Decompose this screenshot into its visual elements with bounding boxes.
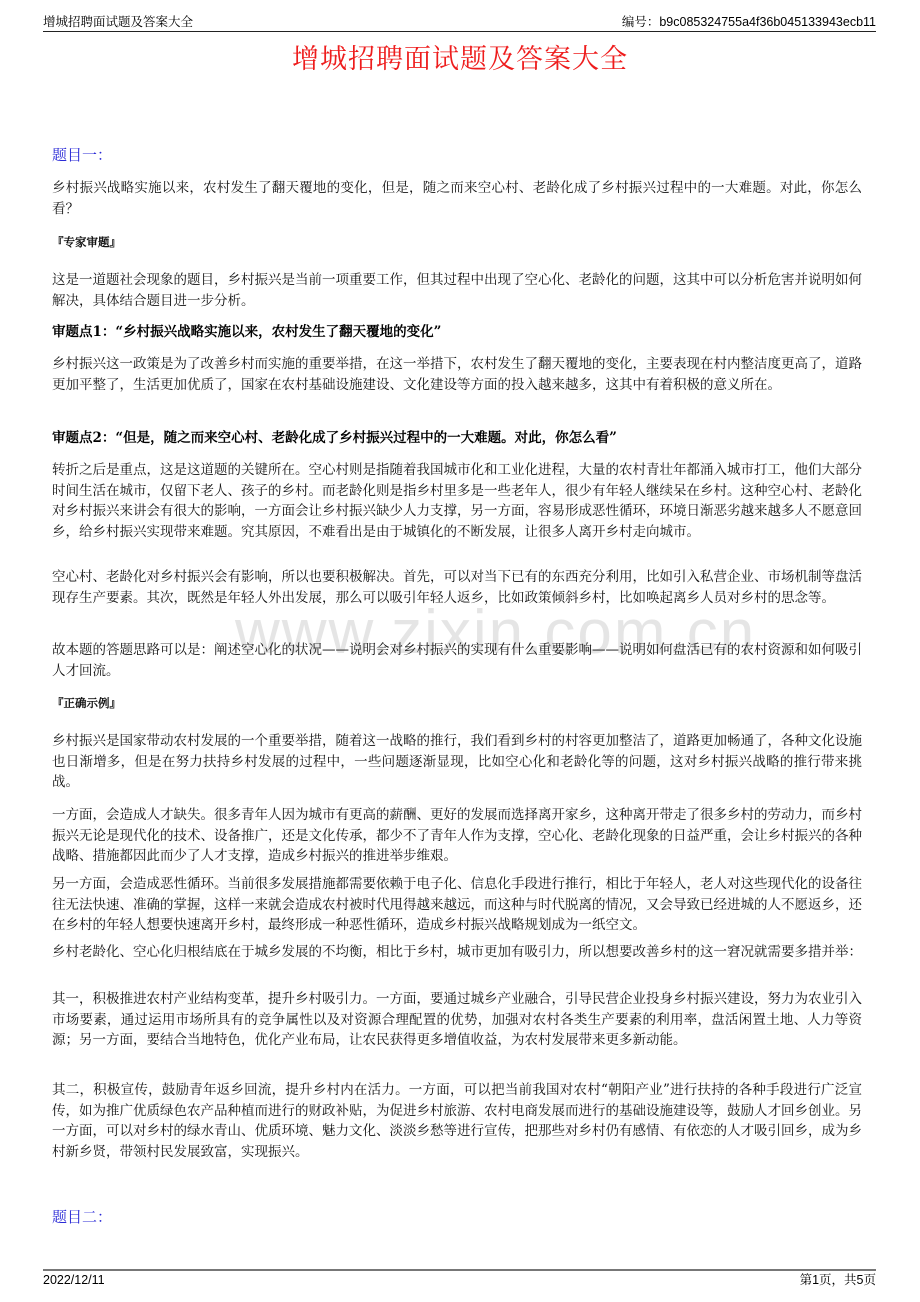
review-point-1-body: 乡村振兴这一政策是为了改善乡村而实施的重要举措，在这一举措下，农村发生了翻天覆地… [52, 354, 862, 395]
example-paragraph: 另一方面，会造成恶性循环。当前很多发展措施都需要依赖于电子化、信息化手段进行推行… [52, 874, 862, 936]
header-serial: 编号：b9c085324755a4f36b045133943ecb11 [622, 14, 876, 30]
header-doc-name: 增城招聘面试题及答案大全 [43, 14, 193, 30]
correct-example-tag: 『正确示例』 [52, 695, 121, 711]
example-paragraph: 乡村老龄化、空心化归根结底在于城乡发展的不均衡，相比于乡村，城市更加有吸引力，所… [52, 942, 862, 963]
answer-approach: 故本题的答题思路可以是：阐述空心化的状况——说明会对乡村振兴的实现有什么重要影响… [52, 640, 862, 681]
footer-date: 2022/12/11 [43, 1272, 105, 1288]
expert-intro: 这是一道题社会现象的题目，乡村振兴是当前一项重要工作，但其过程中出现了空心化、老… [52, 270, 862, 311]
page-footer: 2022/12/11 第1页，共5页 [43, 1269, 876, 1287]
expert-review-tag: 『专家审题』 [52, 234, 121, 250]
example-paragraph: 乡村振兴是国家带动农村发展的一个重要举措，随着这一战略的推行，我们看到乡村的村容… [52, 731, 862, 793]
example-paragraph: 其一，积极推进农村产业结构变革，提升乡村吸引力。一方面，要通过城乡产业融合，引导… [52, 989, 862, 1051]
question-1-heading: 题目一： [52, 145, 112, 165]
example-paragraph: 其二，积极宣传，鼓励青年返乡回流，提升乡村内在活力。一方面，可以把当前我国对农村… [52, 1080, 862, 1162]
question-2-heading: 题目二： [52, 1207, 112, 1227]
example-paragraph: 一方面，会造成人才缺失。很多青年人因为城市有更高的薪酬、更好的发展而选择离开家乡… [52, 805, 862, 867]
review-point-2-body-2: 空心村、老龄化对乡村振兴会有影响，所以也要积极解决。首先，可以对当下已有的东西充… [52, 567, 862, 608]
footer-page-info: 第1页，共5页 [800, 1272, 876, 1288]
review-point-2-title: 审题点2：“但是，随之而来空心村、老龄化成了乡村振兴过程中的一大难题。对此，你怎… [52, 428, 862, 448]
review-point-2-body: 转折之后是重点，这是这道题的关键所在。空心村则是指随着我国城市化和工业化进程，大… [52, 460, 862, 542]
serial-label: 编号： [622, 15, 660, 29]
serial-value: b9c085324755a4f36b045133943ecb11 [659, 15, 876, 29]
review-point-1-title: 审题点1：“乡村振兴战略实施以来，农村发生了翻天覆地的变化” [52, 322, 862, 342]
page-header: 增城招聘面试题及答案大全 编号：b9c085324755a4f36b045133… [43, 14, 876, 32]
document-title: 增城招聘面试题及答案大全 [0, 42, 920, 78]
question-1-prompt: 乡村振兴战略实施以来，农村发生了翻天覆地的变化，但是，随之而来空心村、老龄化成了… [52, 178, 862, 219]
